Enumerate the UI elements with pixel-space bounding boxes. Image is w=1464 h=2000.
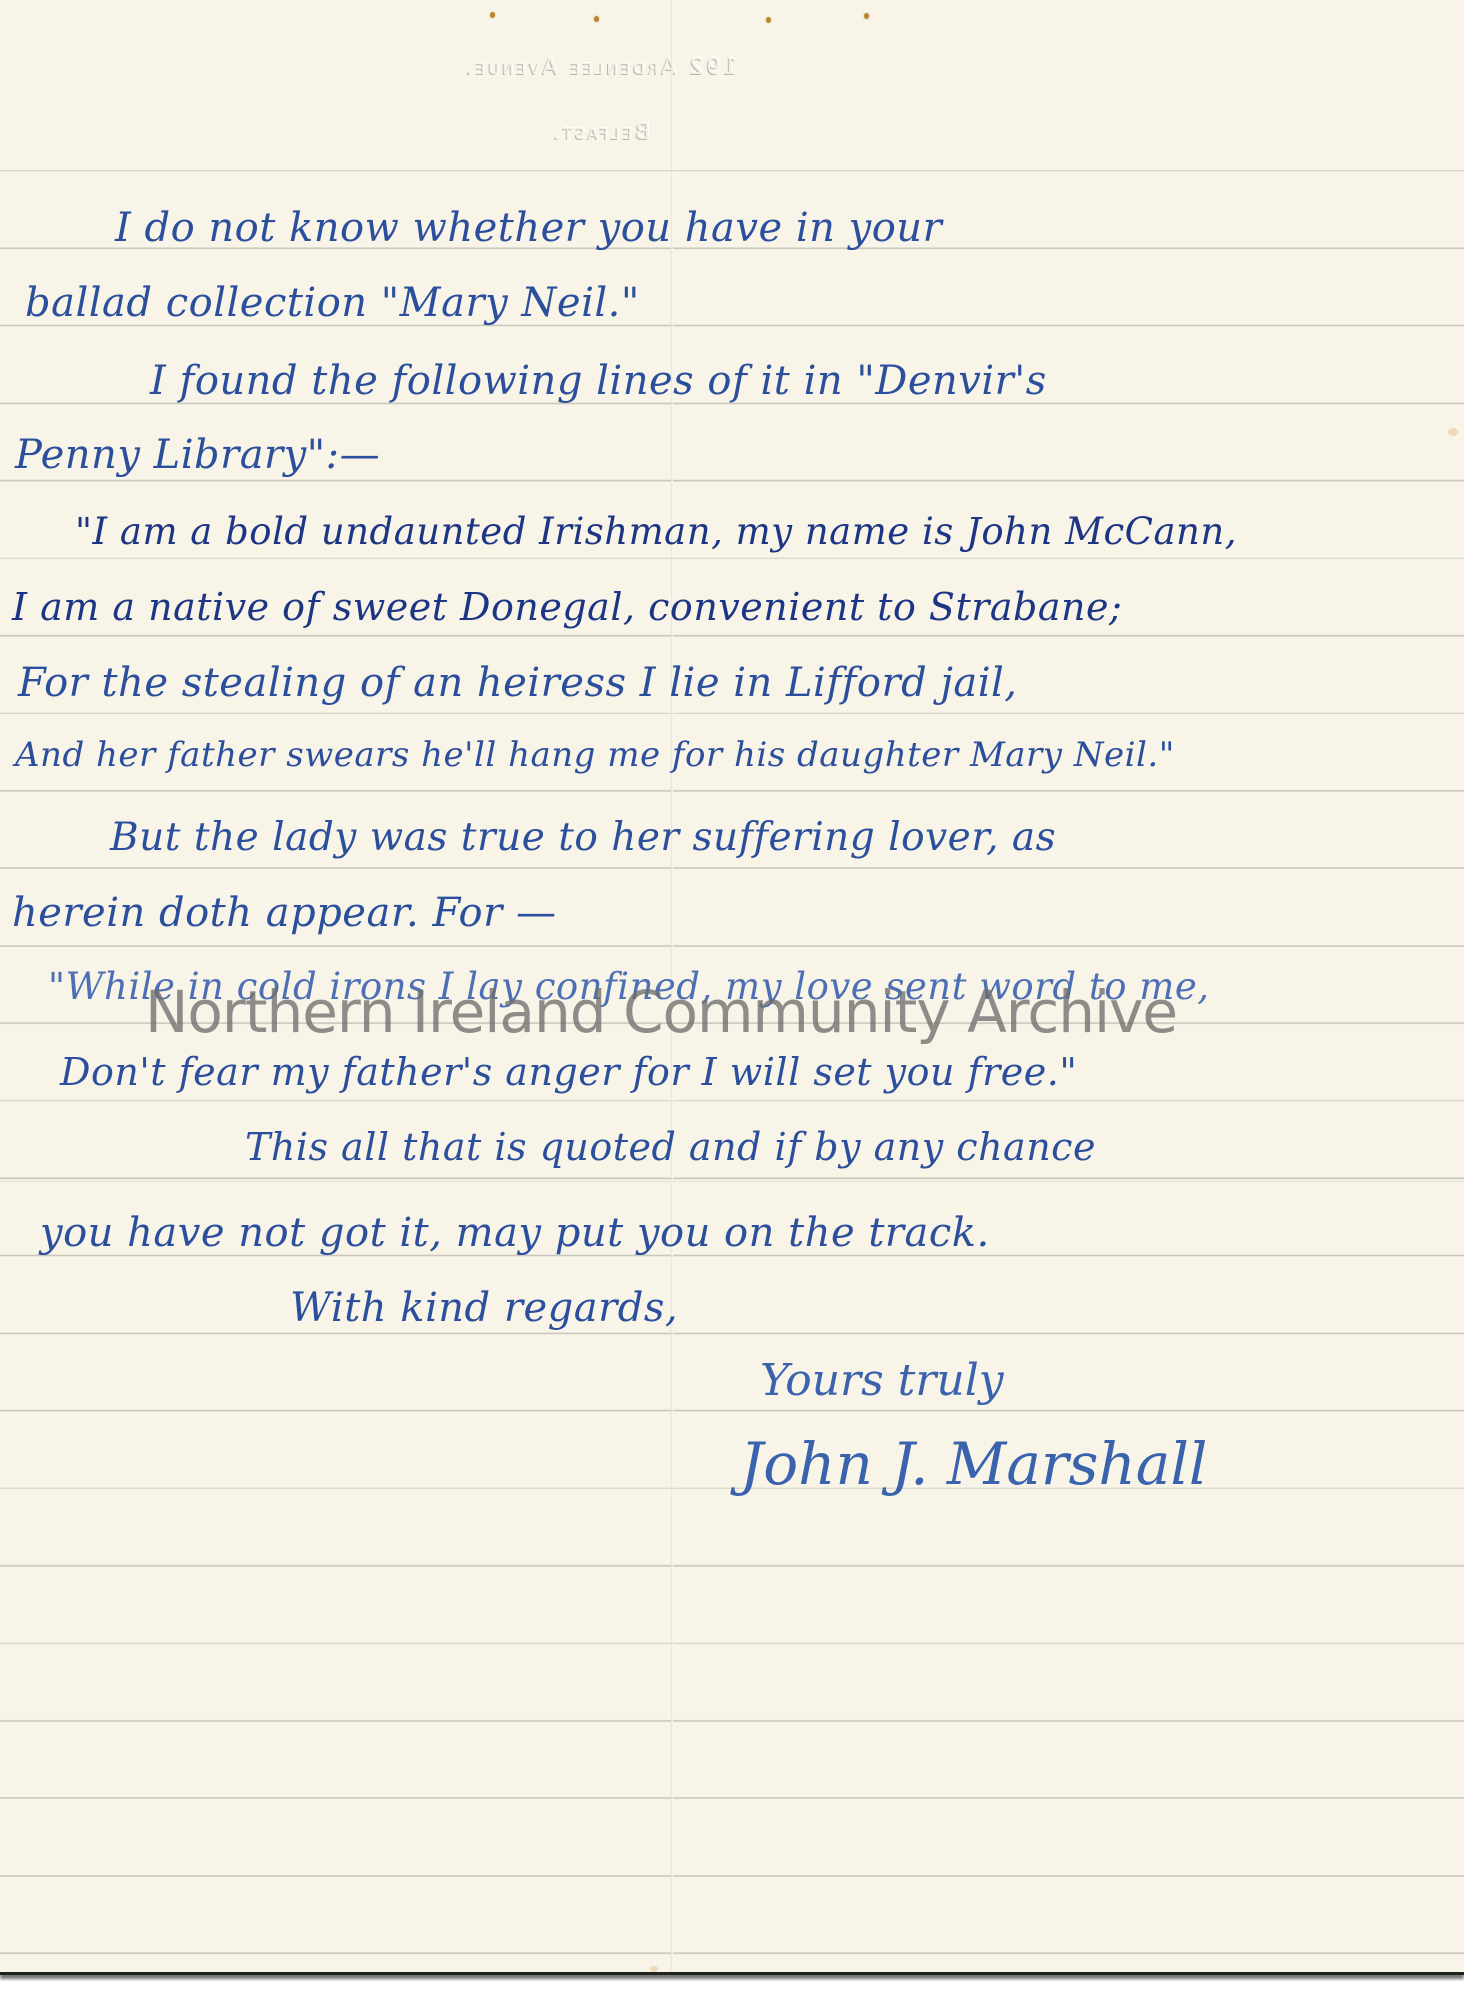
letter-line-2: ballad collection "Mary Neil." <box>25 280 640 326</box>
letter-line-10: herein doth appear. For — <box>12 890 556 936</box>
pin-hole <box>864 13 869 19</box>
letter-line-5: "I am a bold undaunted Irishman, my name… <box>75 510 1237 553</box>
horizontal-fold-crease <box>0 1180 1464 1183</box>
pin-hole <box>594 16 599 22</box>
foxing-stain <box>1448 428 1458 436</box>
letter-line-6: I am a native of sweet Donegal, convenie… <box>12 585 1122 629</box>
letter-line-12-quote: Don't fear my father's anger for I will … <box>60 1050 1077 1094</box>
letter-line-4: Penny Library":— <box>15 432 380 478</box>
pin-hole <box>490 12 495 18</box>
embossed-letterhead: 192 Ardenlee Avenue. Belfast. <box>300 55 900 145</box>
letter-line-7: For the stealing of an heiress I lie in … <box>18 660 1018 706</box>
foxing-stain <box>650 1966 658 1972</box>
letter-line-8: And her father swears he'll hang me for … <box>15 735 1175 775</box>
letter-line-9: But the lady was true to her suffering l… <box>110 815 1056 860</box>
letterhead-city: Belfast. <box>300 120 900 145</box>
letter-line-3: I found the following lines of it in "De… <box>150 358 1047 404</box>
letter-line-14: you have not got it, may put you on the … <box>40 1210 990 1256</box>
letter-paper: 192 Ardenlee Avenue. Belfast. I do not k… <box>0 0 1464 1975</box>
letter-line-15-regards: With kind regards, <box>290 1285 678 1331</box>
letter-line-13: This all that is quoted and if by any ch… <box>245 1125 1096 1169</box>
letterhead-address: 192 Ardenlee Avenue. <box>300 55 900 80</box>
pin-hole <box>766 17 771 23</box>
letter-line-1: I do not know whether you have in your <box>115 205 942 251</box>
letter-line-11-quote: "While in cold irons I lay confined, my … <box>48 965 1210 1008</box>
signature-name: John J. Marshall <box>740 1430 1207 1498</box>
closing-yours-truly: Yours truly <box>760 1355 1004 1406</box>
